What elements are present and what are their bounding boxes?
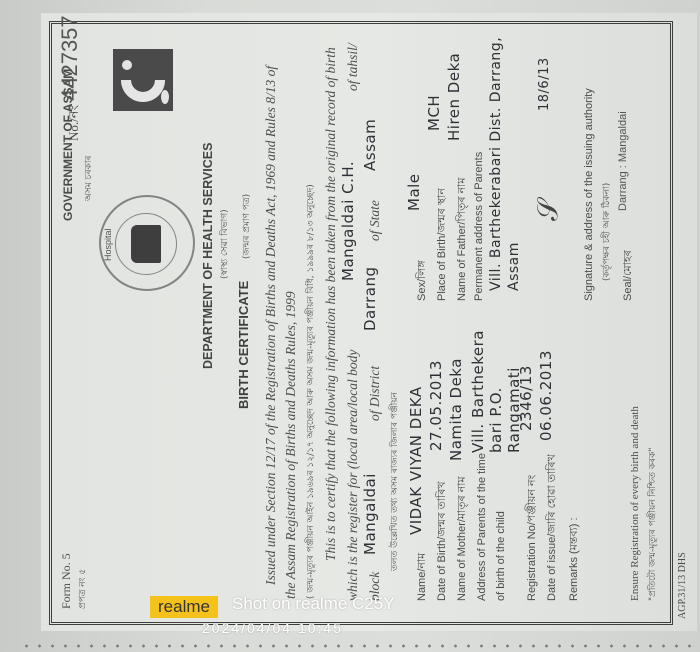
remarks-label: Remarks (মন্তব্য) : [565, 517, 584, 601]
of-state-label: of State [367, 200, 383, 241]
health-dept-logo-icon [113, 49, 173, 111]
name-label: Name/নাম [413, 553, 432, 601]
block-value: Mangaldai [361, 473, 379, 555]
of-district-label: of District [367, 366, 383, 421]
permanent-address-value: Vill. Barthekerabari Dist. Darrang, Assa… [487, 21, 523, 291]
certificate-number-label: No./নং [65, 105, 86, 141]
stamp-text: Hospital [103, 228, 113, 261]
seal-text: Darrang : Mangaldai [617, 111, 629, 211]
signature-date: 18/6/13 [537, 57, 552, 111]
issued-under-line1: Issued under Section 12/17 of the Regist… [263, 66, 279, 585]
father-name-label: Name of Father/পিতৃৰ নাম [453, 178, 472, 301]
issuer-signature: 𝒮 [531, 199, 565, 221]
registration-no-label: Registration No/পঞ্জীয়ন নং [523, 475, 542, 601]
certificate-title: BIRTH CERTIFICATE [236, 281, 251, 409]
certify-bn: তলত উল্লেখিত তথ্য অসম ৰাজ্যৰ জিলাৰ পঞ্জী… [387, 392, 402, 571]
shot-on-watermark: Shot on realme C25Y [232, 594, 395, 614]
printer-code: AGP.31/13 DHS [677, 552, 688, 619]
place-of-birth-value: MCH [425, 95, 443, 131]
mother-name-label: Name of Mother/মাতৃৰ নাম [453, 476, 472, 601]
of-tahsil-label: of tahsil/ [345, 43, 361, 91]
father-name-value: Hiren Deka [445, 53, 463, 141]
name-value: VIDAK VIYAN DEKA [407, 386, 425, 535]
date-of-issue-value: 06.06.2013 [537, 350, 555, 441]
department-title-bn: (স্বাস্থ্য সেৱা বিভাগ) [217, 209, 232, 279]
certify-line1: This is to certify that the following in… [323, 47, 339, 561]
form-number: Form No. 5 [59, 553, 74, 609]
timestamp-watermark: 2024/04/04 10:45 [202, 620, 343, 636]
address-at-birth-value: Vill. Barthekera bari P.O. Rangamati [469, 313, 523, 453]
issued-under-line2: the Assam Registration of Births and Dea… [283, 291, 299, 599]
address-at-birth-label: Address of Parents of the time of birth … [473, 451, 511, 601]
certificate-title-bn: (জন্মৰ প্ৰমাণ পত্ৰ) [239, 194, 254, 259]
place-of-birth-label: Place of Birth/জন্মৰ স্থান [433, 188, 452, 301]
dob-label: Date of Birth/জন্মৰ তাৰিখ [433, 481, 452, 601]
form-number-bn: প্ৰপত্ৰ নং ৫ [75, 569, 90, 609]
department-title: DEPARTMENT OF HEALTH SERVICES [201, 143, 215, 369]
certify-line2: which is the register for (local area/lo… [345, 350, 361, 601]
signature-label: Signature & address of the issuing autho… [583, 88, 595, 301]
local-body-value: Mangaldai C.H. [339, 161, 357, 281]
signature-label-bn: (কর্তৃপক্ষৰ চহী আৰু ঠিকনা) [599, 183, 614, 281]
certificate-number: 4427357 [57, 15, 83, 101]
seal-label: Seal/মোহৰ [619, 250, 638, 301]
district-value: Darrang [361, 266, 379, 331]
government-title-bn: অসম চৰকাৰ [81, 156, 96, 202]
date-of-issue-label: Date of issue/জাৰি হোৱা তাৰিখ [543, 454, 562, 601]
national-emblem-icon [131, 225, 161, 263]
registration-no-value: 2346/13 [517, 365, 535, 431]
permanent-address-label: Permanent address of Parents [473, 152, 485, 301]
realme-badge: realme [150, 596, 218, 618]
issued-under-bn: ( জন্ম-মৃত্যুৰ পঞ্জীয়ন আইন ১৯৬৯ৰ ১২/১৭ … [303, 184, 318, 599]
birth-certificate: Form No. 5 প্ৰপত্ৰ নং ৫ GOVERNMENT OF AS… [41, 13, 697, 631]
footer-ensure-registration: Ensure Registration of every birth and d… [629, 406, 641, 601]
dob-value: 27.05.2013 [427, 360, 445, 451]
footer-ensure-registration-bn: "প্ৰতিটো জন্ম-মৃত্যুৰ পঞ্জীয়ন নিশ্চিত ক… [645, 447, 660, 601]
sex-label: Sex/লিঙ্গ [413, 260, 432, 301]
sex-value: Male [405, 173, 423, 211]
mother-name-value: Namita Deka [447, 358, 465, 461]
state-value: Assam [361, 119, 379, 171]
dotted-perforation [20, 644, 700, 648]
